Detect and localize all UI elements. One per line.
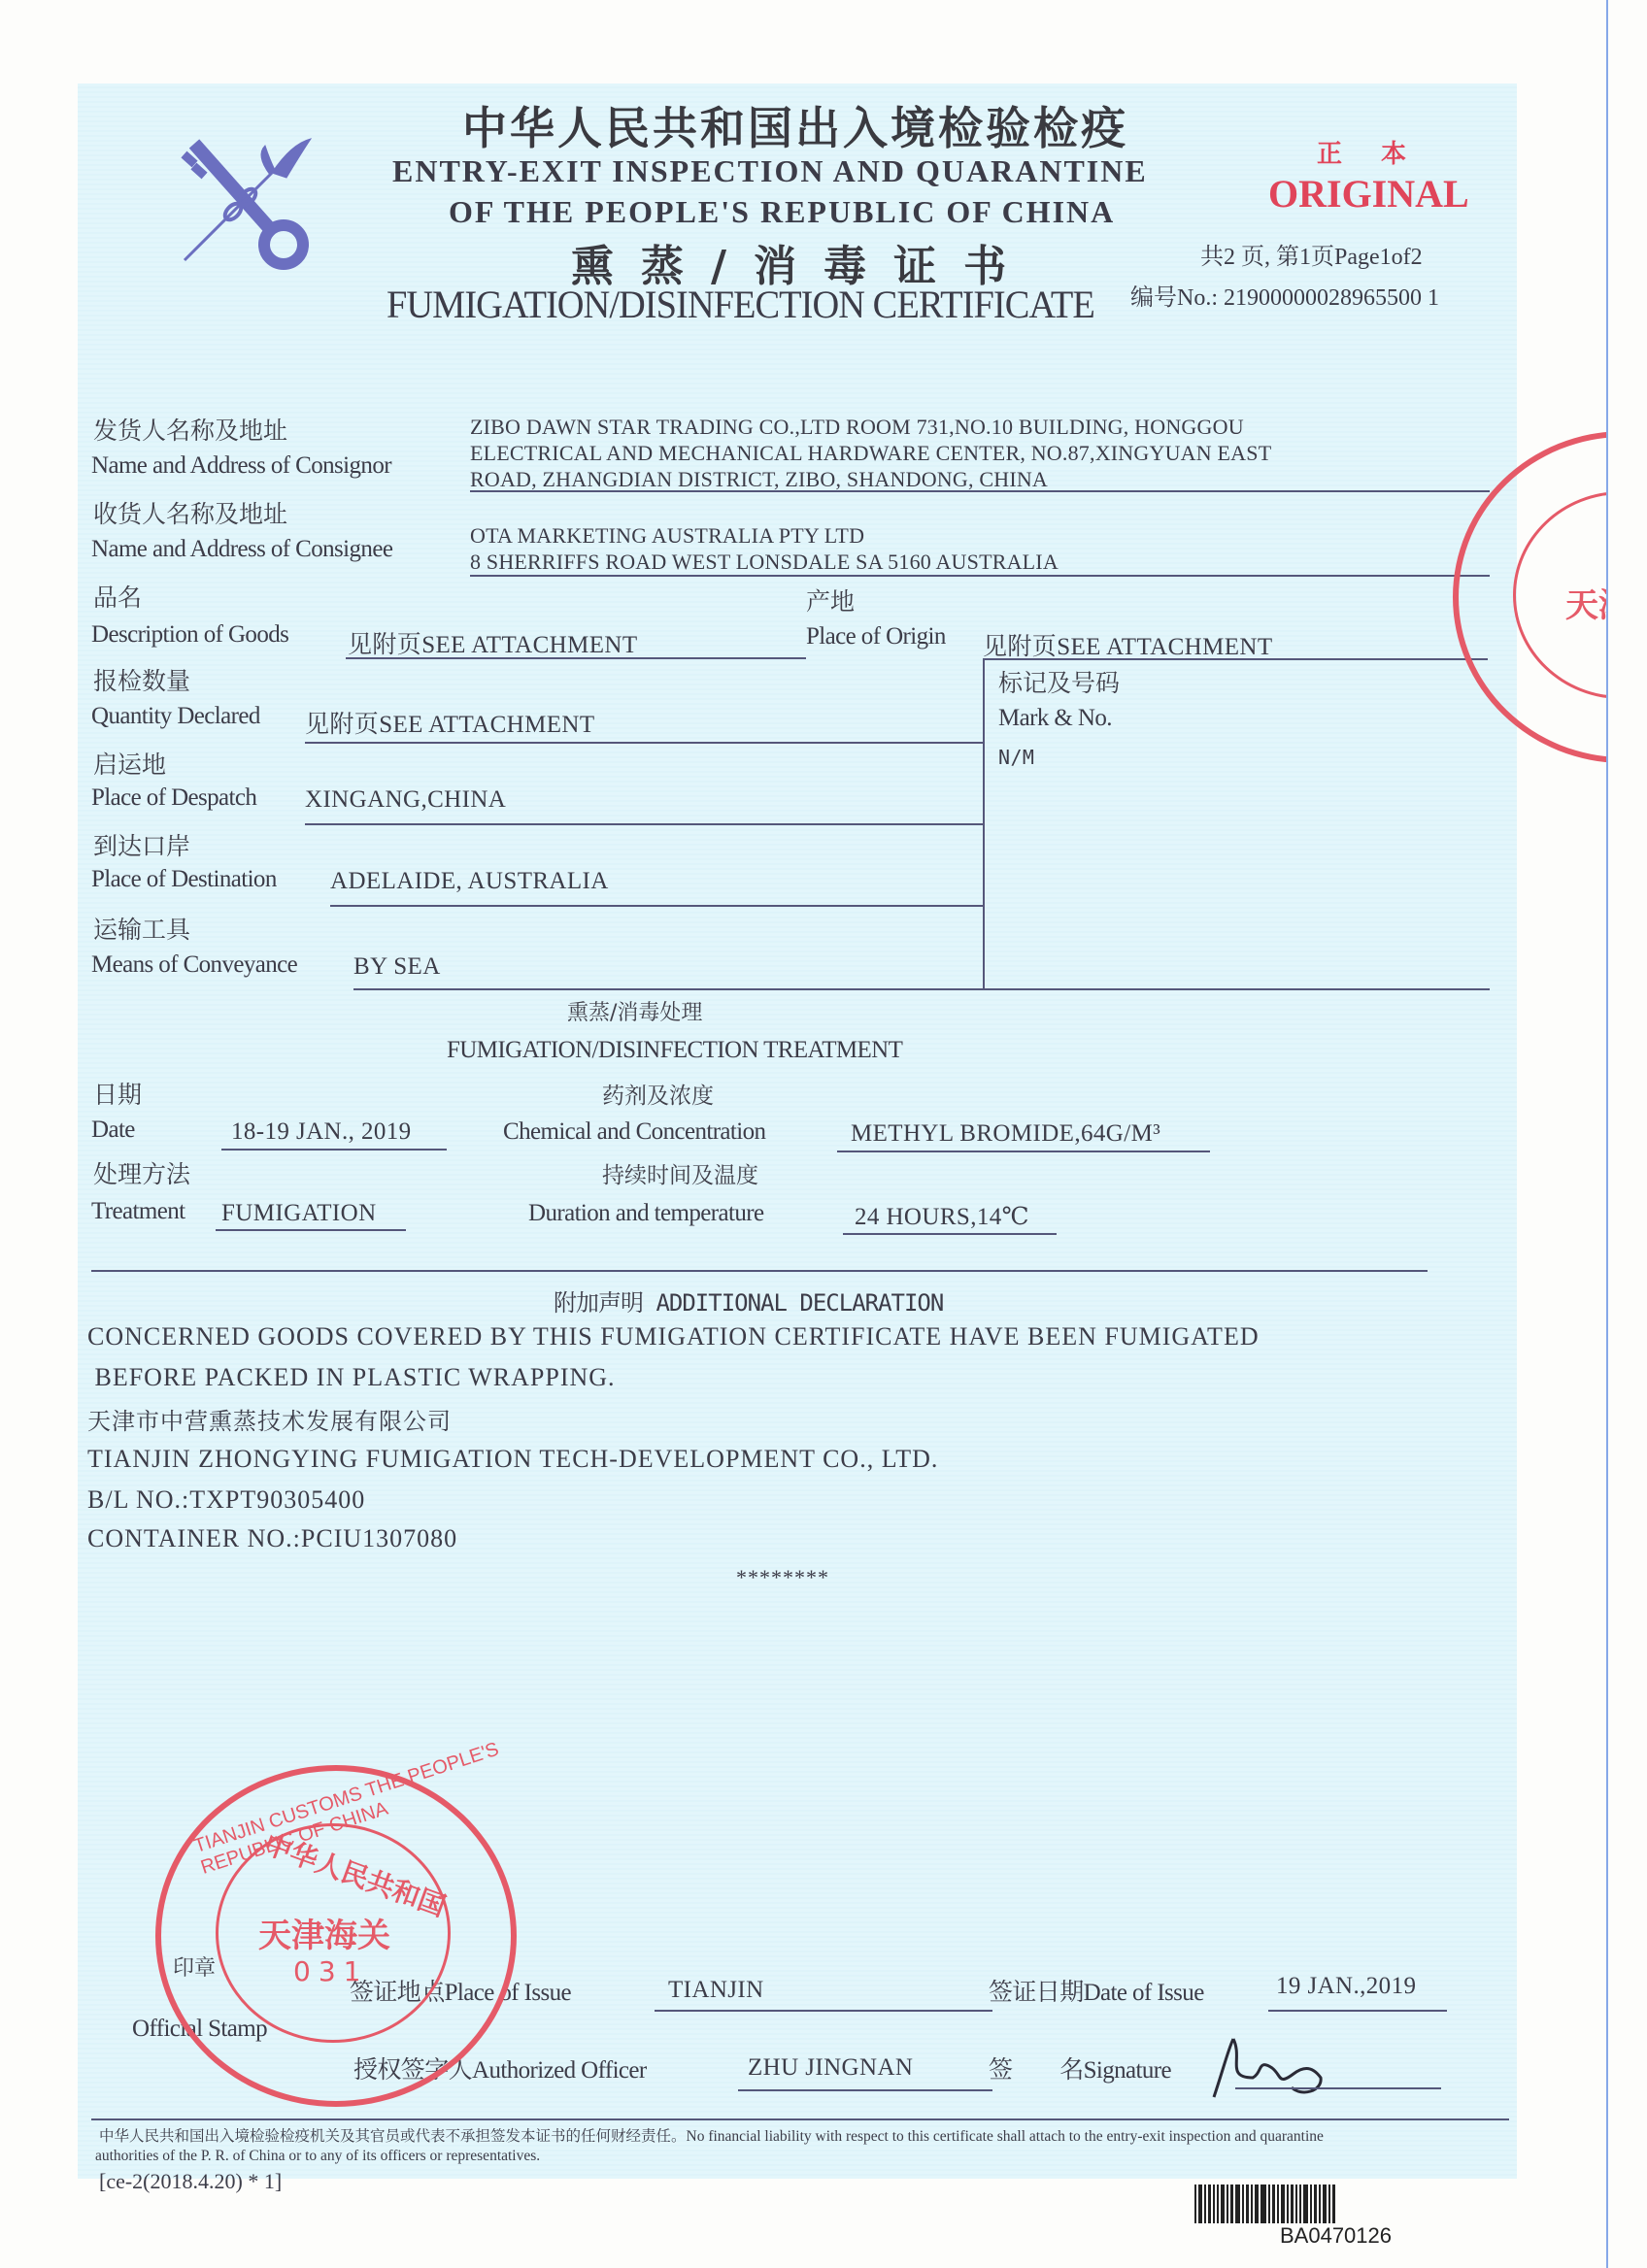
duration-label-en: Duration and temperature xyxy=(528,1200,763,1227)
despatch-label-en: Place of Despatch xyxy=(91,784,256,812)
chemical-underline xyxy=(837,1151,1210,1152)
place-underline xyxy=(655,2010,992,2012)
disclaimer-line2: authorities of the P. R. of China or to … xyxy=(95,2148,540,2165)
marks-label-en: Mark & No. xyxy=(998,705,1112,732)
origin-underline xyxy=(983,658,1488,660)
marks-label-cn: 标记及号码 xyxy=(998,664,1120,699)
container-number: CONTAINER NO.:PCIU1307080 xyxy=(87,1524,457,1553)
date-value: 18-19 JAN., 2019 xyxy=(231,1118,412,1146)
duration-value: 24 HOURS,14℃ xyxy=(855,1202,1029,1231)
conveyance-value: BY SEA xyxy=(353,953,441,981)
bill-of-lading-number: B/L NO.:TXPT90305400 xyxy=(87,1485,365,1515)
quantity-label-en: Quantity Declared xyxy=(91,703,260,730)
consignee-value: OTA MARKETING AUSTRALIA PTY LTD 8 SHERRI… xyxy=(470,522,1059,575)
method-label-cn: 处理方法 xyxy=(93,1155,190,1190)
date-of-issue-value: 19 JAN.,2019 xyxy=(1276,1973,1416,2000)
paper-edge-line xyxy=(1606,0,1608,2268)
despatch-underline xyxy=(305,823,983,825)
declaration-line: 天津市中营熏蒸技术发展有限公司 xyxy=(87,1402,452,1436)
origin-value: 见附页SEE ATTACHMENT xyxy=(983,627,1273,662)
officer-underline xyxy=(738,2089,992,2091)
consignor-label-cn: 发货人名称及地址 xyxy=(93,412,287,447)
date-issue-underline xyxy=(1268,2010,1447,2012)
consignor-line: ZIBO DAWN STAR TRADING CO.,LTD ROOM 731,… xyxy=(470,414,1271,440)
declaration-line: BEFORE PACKED IN PLASTIC WRAPPING. xyxy=(87,1363,616,1392)
section-divider xyxy=(91,1270,1428,1272)
barcode xyxy=(1194,2185,1379,2223)
consignor-line: ELECTRICAL AND MECHANICAL HARDWARE CENTE… xyxy=(470,440,1271,466)
description-label-en: Description of Goods xyxy=(91,621,288,649)
description-value: 见附页SEE ATTACHMENT xyxy=(348,625,638,660)
consignee-line: OTA MARKETING AUSTRALIA PTY LTD xyxy=(470,522,1059,549)
page-info: 共2 页, 第1页Page1of2 xyxy=(1200,237,1423,271)
duration-underline xyxy=(843,1233,1057,1235)
origin-label-en: Place of Origin xyxy=(806,623,946,650)
consignee-underline xyxy=(470,575,1490,577)
method-label-en: Treatment xyxy=(91,1198,185,1225)
conveyance-label-cn: 运输工具 xyxy=(93,911,190,946)
destination-label-en: Place of Destination xyxy=(91,866,277,893)
consignee-line: 8 SHERRIFFS ROAD WEST LONSDALE SA 5160 A… xyxy=(470,549,1059,575)
chemical-value: METHYL BROMIDE,64G/M³ xyxy=(851,1120,1160,1148)
signature-label: 签 名Signature xyxy=(989,2051,1171,2085)
end-mark: ******** xyxy=(736,1565,829,1590)
authority-title-en-line2: OF THE PEOPLE'S REPUBLIC OF CHINA xyxy=(449,194,1115,230)
consignor-label-en: Name and Address of Consignor xyxy=(91,452,391,480)
treatment-heading-en: FUMIGATION/DISINFECTION TREATMENT xyxy=(447,1037,902,1064)
quantity-underline xyxy=(305,742,983,744)
date-underline xyxy=(221,1149,447,1151)
form-code: [ce-2(2018.4.20) * 1] xyxy=(99,2169,282,2194)
chemical-label-en: Chemical and Concentration xyxy=(503,1118,765,1146)
stamp-center-cn: 天津海关 xyxy=(258,1909,390,1956)
signature-scribble-icon xyxy=(1204,2029,1379,2107)
date-of-issue-label: 签证日期Date of Issue xyxy=(989,1973,1204,2008)
consignor-line: ROAD, ZHANGDIAN DISTRICT, ZIBO, SHANDONG… xyxy=(470,466,1271,492)
authorized-officer-value: ZHU JINGNAN xyxy=(748,2054,913,2082)
consignor-value: ZIBO DAWN STAR TRADING CO.,LTD ROOM 731,… xyxy=(470,414,1271,492)
despatch-label-cn: 启运地 xyxy=(93,746,166,781)
consignee-label-en: Name and Address of Consignee xyxy=(91,536,392,563)
original-label-en: ORIGINAL xyxy=(1268,171,1469,217)
treatment-heading-cn: 熏蒸/消毒处理 xyxy=(567,996,702,1026)
signature-underline xyxy=(1235,2087,1441,2089)
description-underline xyxy=(346,657,806,659)
destination-label-cn: 到达口岸 xyxy=(93,827,190,862)
origin-label-cn: 产地 xyxy=(806,583,855,617)
page-margin-right xyxy=(1606,0,1647,2268)
barcode-number: BA0470126 xyxy=(1280,2223,1392,2249)
official-stamp-bottom: 中华人民共和国 天津海关 031 TIANJIN CUSTOMS THE PEO… xyxy=(155,1765,517,2107)
consignor-underline xyxy=(470,490,1490,492)
certificate-title-en: FUMIGATION/DISINFECTION CERTIFICATE xyxy=(387,282,1094,327)
stamp-number: 031 xyxy=(293,1955,368,1987)
cert-no-value: 21900000028965500 1 xyxy=(1224,285,1439,311)
certificate-number: 编号No.: 21900000028965500 1 xyxy=(1130,278,1439,312)
quantity-label-cn: 报检数量 xyxy=(93,662,190,697)
destination-value: ADELAIDE, AUSTRALIA xyxy=(330,868,609,895)
method-underline xyxy=(216,1229,406,1231)
place-of-issue-value: TIANJIN xyxy=(668,1977,764,2004)
footer-divider xyxy=(91,2118,1509,2120)
date-label-en: Date xyxy=(91,1117,135,1144)
marks-value: N/M xyxy=(998,746,1034,769)
method-value: FUMIGATION xyxy=(221,1200,377,1227)
authority-title-en-line1: ENTRY-EXIT INSPECTION AND QUARANTINE xyxy=(392,153,1148,189)
conveyance-underline xyxy=(353,988,1490,990)
marks-box-border xyxy=(983,658,985,988)
conveyance-label-en: Means of Conveyance xyxy=(91,951,297,979)
duration-label-cn: 持续时间及温度 xyxy=(602,1157,758,1189)
despatch-value: XINGANG,CHINA xyxy=(305,786,506,814)
disclaimer-line1: 中华人民共和国出入境检验检疫机关及其官员或代表不承担签发本证书的任何财经责任。N… xyxy=(99,2124,1324,2146)
chemical-label-cn: 药剂及浓度 xyxy=(602,1078,714,1110)
consignee-label-cn: 收货人名称及地址 xyxy=(93,495,287,530)
quantity-value: 见附页SEE ATTACHMENT xyxy=(305,705,595,740)
declaration-heading: 附加声明 ADDITIONAL DECLARATION xyxy=(554,1284,943,1317)
description-label-cn: 品名 xyxy=(93,579,142,614)
date-label-cn: 日期 xyxy=(93,1076,142,1111)
destination-underline xyxy=(330,905,983,907)
declaration-line: CONCERNED GOODS COVERED BY THIS FUMIGATI… xyxy=(87,1322,1260,1351)
original-label-cn: 正本 xyxy=(1317,134,1445,170)
declaration-line: TIANJIN ZHONGYING FUMIGATION TECH-DEVELO… xyxy=(87,1445,938,1474)
key-caduceus-emblem-icon xyxy=(165,134,320,270)
cert-no-label: 编号No.: xyxy=(1130,285,1218,311)
authority-title-cn: 中华人民共和国出入境检验检疫 xyxy=(462,93,1128,157)
